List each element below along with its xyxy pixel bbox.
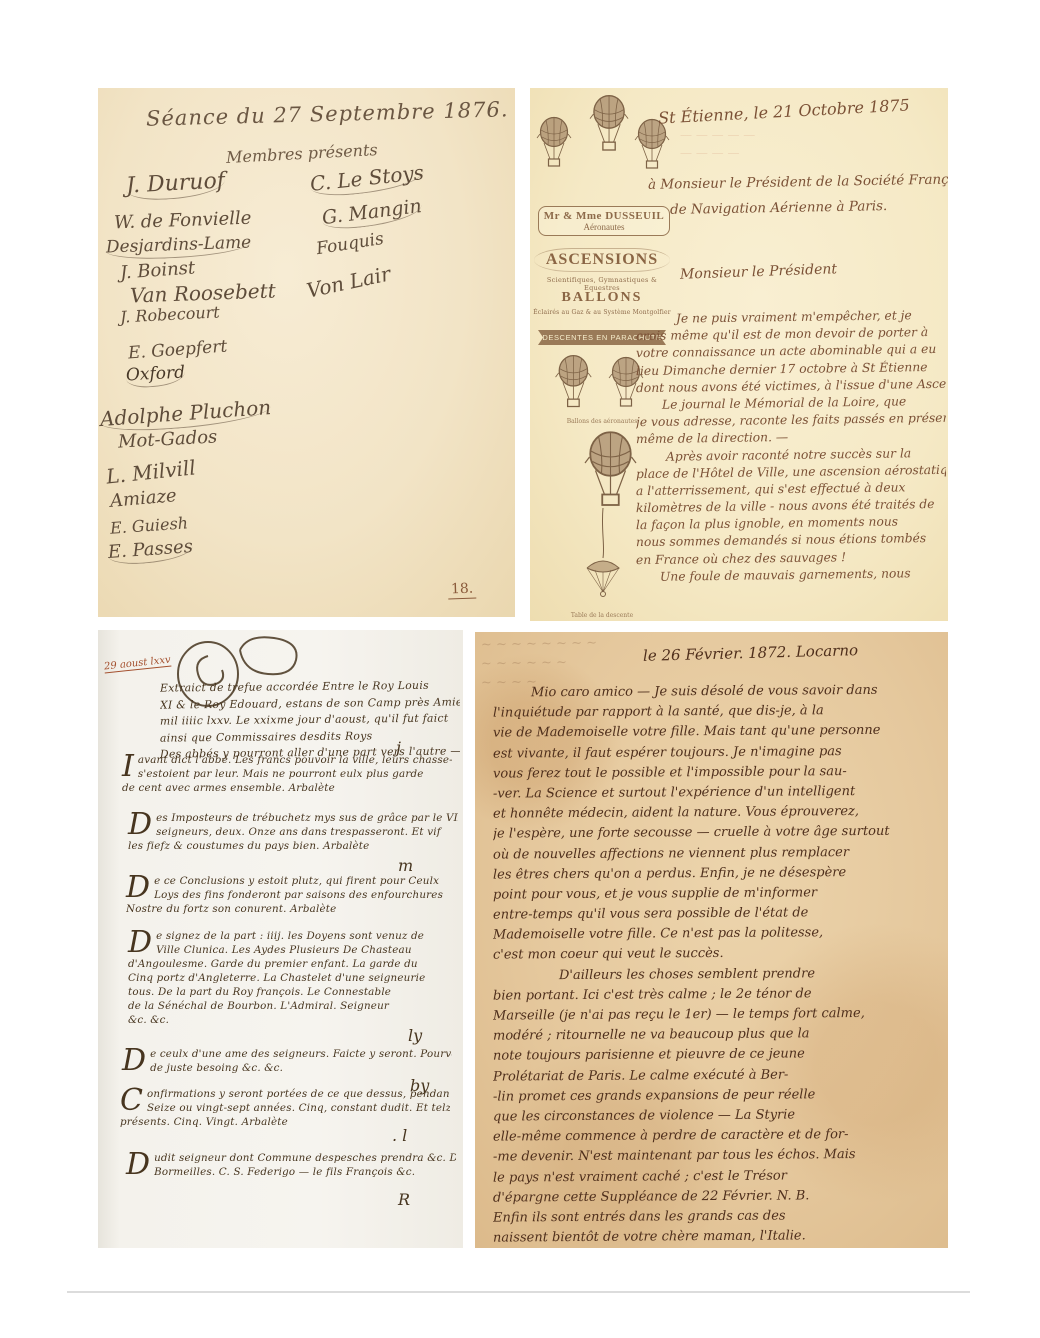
document-treaty-extract-1475: 29 aoust lxxv Extraict de trefue accordé… <box>98 630 463 1248</box>
signature: E. Passes <box>107 536 193 566</box>
paragraph-initial: D <box>126 1152 150 1178</box>
letter-line: est vivante, il faut espérer toujours. J… <box>493 743 941 766</box>
letterhead-name: Mr & Mme DUSSEUIL <box>541 210 667 222</box>
manuscript-line: Seize ou vingt-sept années. Cinq, consta… <box>147 1102 450 1116</box>
signature: Mot-Gados <box>118 426 218 452</box>
letter-line: naissent bientôt de votre chère maman, l… <box>493 1227 941 1248</box>
paragraph-initial: D <box>122 1048 146 1074</box>
signature: J. Robecourt <box>120 302 221 326</box>
recipient-line: à Monsieur le Président de la Société Fr… <box>648 171 948 193</box>
footer-divider <box>67 1291 970 1293</box>
paragraph-initial: D <box>128 930 152 956</box>
document-dusseuil-letter: Mr & Mme DUSSEUIL Aéronautes ASCENSIONS … <box>530 88 948 621</box>
paragraph-initial: I <box>122 754 134 780</box>
manuscript-line: Nostre du fortz son conurent. Arbalète <box>126 903 456 917</box>
letter-body: Mio caro amico — Je suis désolé de vous … <box>493 684 941 1248</box>
signature: Fouquis <box>315 229 385 259</box>
parachute-caption: Table de la descente <box>538 612 666 619</box>
manuscript-line: es Imposteurs de trébuchetz mys sus de g… <box>156 812 458 826</box>
signature: E. Goepfert <box>127 337 227 364</box>
manuscript-line: les fiefz & coustumes du pays bien. Arba… <box>128 840 458 854</box>
signature: G. Mangin <box>321 195 423 232</box>
signature: C. Le Stoys <box>309 160 425 199</box>
signature: J. Duruof <box>125 168 225 201</box>
letter-line: je l'espère, une forte secousse — cruell… <box>493 824 941 847</box>
letter-dateline: St Étienne, le 21 Octobre 1875 <box>658 95 910 127</box>
signature: Desjardins-Lame <box>106 232 252 260</box>
margin-mark: R <box>398 1190 410 1209</box>
paragraph-initial: C <box>120 1088 143 1114</box>
paragraph-initial: D <box>128 812 152 838</box>
page-number: 18. <box>448 581 477 600</box>
manuscript-line: e ce Conclusions y estoit plutz, qui fir… <box>154 875 456 889</box>
manuscript-line: udit seigneur dont Commune despesches pr… <box>154 1152 456 1166</box>
margin-mark: ly <box>408 1026 422 1045</box>
letterhead-ascensions: ASCENSIONS <box>534 248 670 272</box>
treaty-paragraph: D e signez de la part : iiij. les Doyens… <box>128 930 458 1028</box>
signature: Von Lair <box>304 261 392 302</box>
bleed-line: — — — — — <box>680 128 940 146</box>
treaty-paragraph: I avant dict l'abbé. Les francs pouvoir … <box>122 754 452 796</box>
manuscript-line: tous. De la part du Roy françois. Le Con… <box>128 986 458 1000</box>
letter-line: vie de Mademoiselle votre fille. Mais ta… <box>493 723 941 746</box>
recipient-line: de Navigation Aérienne à Paris. <box>670 198 888 218</box>
signature: Amiaze <box>109 485 177 512</box>
letter-line: le pays n'est vraiment caché ; c'est le … <box>493 1167 941 1190</box>
margin-mark: . l <box>392 1126 407 1145</box>
manuscript-line: avant dict l'abbé. Les francs pouvoir la… <box>138 754 452 768</box>
letter-line: c'est mon coeur qui veut le succès. <box>493 945 941 968</box>
letterhead-ballons: BALLONS <box>534 290 670 306</box>
signature: L. Milvill <box>105 455 197 488</box>
letter-line: Prolétariat de Paris. Le calme exécuté à… <box>493 1066 941 1089</box>
treaty-paragraph: D e ce Conclusions y estoit plutz, qui f… <box>126 875 456 917</box>
treaty-paragraph: D udit seigneur dont Commune despesches … <box>126 1152 456 1180</box>
letter-line: -me devenir. N'est maintenant par tous l… <box>493 1147 941 1170</box>
minutes-title: Séance du 27 Septembre 1876. <box>146 97 509 130</box>
manuscript-line: Bormeilles. C. S. Federigo — le fils Fra… <box>154 1166 456 1180</box>
salutation: Monsieur le Président <box>680 261 838 282</box>
balloon-parachute-icon <box>558 430 648 616</box>
letter-line: note toujours parisienne et pieuvre de c… <box>493 1046 941 1069</box>
letterhead-role: Aéronautes <box>541 222 667 232</box>
letter-body: Je ne puis vraiment m'empêcher, et jecro… <box>636 310 946 585</box>
treaty-paragraph: D es Imposteurs de trébuchetz mys sus de… <box>128 812 458 854</box>
manuscript-line: seigneurs, deux. Onze ans dans trespasse… <box>156 826 458 840</box>
manuscript-line: Ville Clunica. Les Aydes Plusieurs De Ch… <box>156 944 458 958</box>
treaty-paragraph: C onfirmations y seront portées de ce qu… <box>120 1088 450 1130</box>
manuscript-line: Cinq portz d'Angleterre. La Chastelet d'… <box>128 972 458 986</box>
document-minutes-1876: Séance du 27 Septembre 1876. Membres pré… <box>98 88 515 617</box>
manuscript-line: e ceulx d'une ame des seigneurs. Faicte … <box>150 1048 452 1062</box>
manuscript-line: de cent avec armes ensemble. Arbalète <box>122 782 452 796</box>
manuscript-line: Loys des fins fonderont par saisons des … <box>154 889 456 903</box>
manuscript-line: e signez de la part : iiij. les Doyens s… <box>156 930 458 944</box>
margin-mark: by <box>410 1076 429 1095</box>
signature: J. Boinst <box>119 257 195 283</box>
manuscript-line: d'Angoulesme. Garde du premier enfant. L… <box>128 958 458 972</box>
manuscripts-collage-page: Séance du 27 Septembre 1876. Membres pré… <box>0 0 1040 1338</box>
minutes-subtitle: Membres présents <box>226 140 378 167</box>
manuscript-line: onfirmations y seront portées de ce que … <box>147 1088 450 1102</box>
signature: W. de Fonvielle <box>114 208 252 234</box>
signature: E. Guiesh <box>109 513 188 537</box>
margin-mark: m <box>398 856 413 875</box>
margin-date-note: 29 aoust lxxv <box>104 655 172 674</box>
bleedthrough-text: — — — — —— — — — <box>680 128 940 164</box>
margin-mark: j <box>396 738 401 757</box>
manuscript-line: de la Sénéchal de Bourbon. L'Admiral. Se… <box>128 1000 458 1014</box>
letter-line: Une foule de mauvais garnements, nous <box>636 566 946 588</box>
paragraph-initial: D <box>126 875 150 901</box>
letter-line: où de nouvelles affections ne viennent p… <box>493 844 941 867</box>
treaty-header: Extraict de trefue accordée Entre le Roy… <box>160 680 460 763</box>
manuscript-line: s'estoient par leur. Mais ne pourront eu… <box>138 768 452 782</box>
letter-line: D'ailleurs les choses semblent prendre <box>493 965 941 988</box>
document-locarno-letter-1872: ~ ~ ~ ~ ~ ~ ~ ~~ ~ ~ ~ ~ ~~ ~ ~ ~ le 26 … <box>475 632 948 1248</box>
manuscript-line: de juste besoing &c. &c. <box>150 1062 452 1076</box>
letterhead-name-box: Mr & Mme DUSSEUIL Aéronautes <box>538 206 670 236</box>
treaty-paragraph: D e ceulx d'une ame des seigneurs. Faict… <box>122 1048 452 1076</box>
signature: Oxford <box>125 362 185 388</box>
bleed-line: — — — — <box>680 146 940 164</box>
